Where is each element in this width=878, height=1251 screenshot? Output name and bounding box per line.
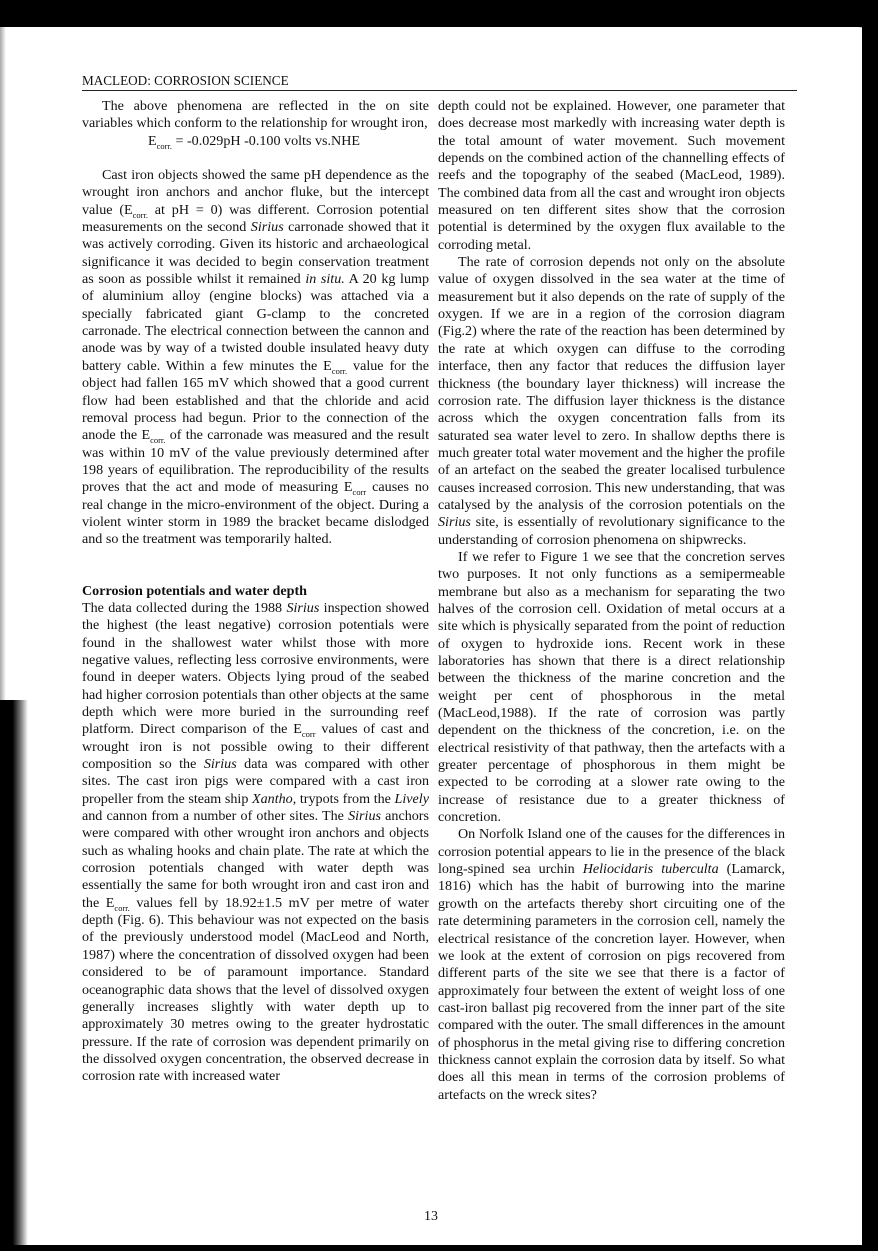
italic-term: Heliocidaris tuberculta bbox=[583, 861, 719, 877]
paragraph: The above phenomena are reflected in the… bbox=[82, 98, 429, 133]
text-run: E bbox=[148, 133, 157, 149]
paragraph: depth could not be explained. However, o… bbox=[438, 98, 785, 254]
italic-term: Sirius bbox=[438, 514, 471, 530]
text-run: = -0.029pH -0.100 volts vs.NHE bbox=[172, 133, 360, 149]
equation: Ecorr. = -0.029pH -0.100 volts vs.NHE bbox=[82, 133, 429, 150]
scan-border-top bbox=[0, 0, 878, 27]
text-run: The rate of corrosion depends not only o… bbox=[438, 254, 785, 513]
paragraph: If we refer to Figure 1 we see that the … bbox=[438, 549, 785, 827]
text-run: values fell by 18.92±1.5 mV per metre of… bbox=[82, 895, 429, 1084]
italic-term: Sirius bbox=[251, 219, 284, 235]
paragraph: On Norfolk Island one of the causes for … bbox=[438, 826, 785, 1104]
page-corner-fold-icon bbox=[854, 22, 874, 30]
paragraph-gap bbox=[82, 150, 429, 167]
left-column: The above phenomena are reflected in the… bbox=[82, 98, 429, 1086]
italic-term: Sirius bbox=[204, 756, 237, 772]
scan-shadow-left-upper bbox=[0, 27, 6, 707]
text-run: depth could not be explained. However, o… bbox=[438, 98, 785, 253]
text-run: , trypots from the bbox=[293, 791, 395, 807]
italic-term: Lively bbox=[395, 791, 429, 807]
section-heading: Corrosion potentials and water depth bbox=[82, 583, 429, 600]
italic-term: Sirius bbox=[348, 808, 381, 824]
page-number: 13 bbox=[0, 1209, 862, 1225]
text-run: inspection showed the highest (the least… bbox=[82, 600, 429, 737]
running-head: MACLEOD: CORROSION SCIENCE bbox=[82, 72, 797, 91]
text-run: If we refer to Figure 1 we see that the … bbox=[438, 549, 785, 825]
paragraph: The rate of corrosion depends not only o… bbox=[438, 254, 785, 549]
subscript: corr. bbox=[157, 141, 172, 151]
paragraph: Cast iron objects showed the same pH dep… bbox=[82, 167, 429, 549]
italic-term: Sirius bbox=[286, 600, 319, 616]
text-run: and cannon from a number of other sites.… bbox=[82, 808, 348, 824]
italic-term: Xantho bbox=[252, 791, 293, 807]
paragraph-gap bbox=[82, 549, 429, 566]
text-run: The data collected during the 1988 bbox=[82, 600, 286, 616]
text-run: site, is essentially of revolutionary si… bbox=[438, 514, 785, 547]
paragraph: The data collected during the 1988 Siriu… bbox=[82, 600, 429, 1086]
text-run: (Lamarck, 1816) which has the habit of b… bbox=[438, 861, 785, 1102]
scan-border-right bbox=[862, 20, 878, 1251]
paragraph-gap bbox=[82, 566, 429, 583]
right-column: depth could not be explained. However, o… bbox=[438, 98, 785, 1104]
text-run: The above phenomena are reflected in the… bbox=[82, 98, 429, 131]
italic-term: in situ. bbox=[305, 271, 344, 287]
scan-border-bottom bbox=[0, 1245, 878, 1251]
scan-shadow-left bbox=[0, 700, 28, 1251]
